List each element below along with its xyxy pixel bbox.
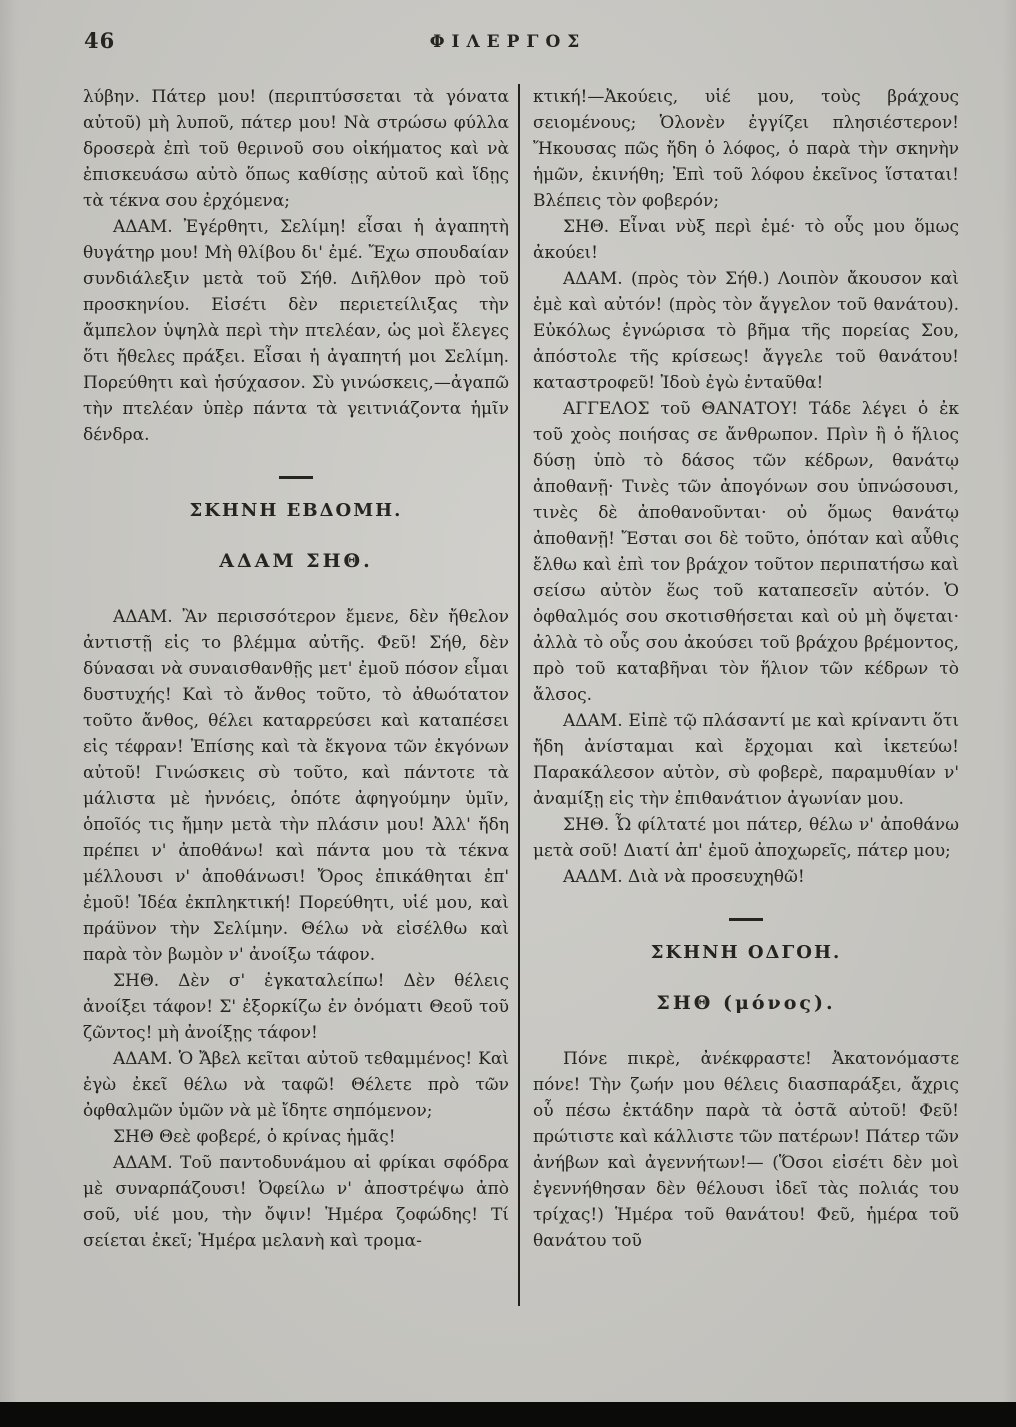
running-title: ΦΙΛΕΡΓΟΣ — [0, 32, 1016, 52]
column-divider-rule — [518, 84, 520, 1306]
text-paragraph: ΑΔΑΜ. Εἰπὲ τῷ πλάσαντί με καὶ κρίναντι ὅ… — [533, 708, 959, 812]
text-paragraph: ΑΓΓΕΛΟΣ τοῦ ΘΑΝΑΤΟΥ! Τάδε λέγει ὁ ἐκ τοῦ… — [533, 396, 959, 708]
left-column: λύβην. Πάτερ μου! (περιπτύσσεται τὰ γόνα… — [83, 84, 509, 1254]
text-paragraph: ΑΔΑΜ. Τοῦ παντοδυνάμου αἱ φρίκαι σφόδρα … — [83, 1150, 509, 1254]
text-paragraph: ΣΗΘ. Δὲν σ' ἐγκαταλείπω! Δὲν θέλεις ἀνοί… — [83, 968, 509, 1046]
cast-heading: ΑΔΑΜ ΣΗΘ. — [83, 548, 509, 574]
text-paragraph: ΑΑΔΜ. Διὰ νὰ προσευχηθῶ! — [533, 864, 959, 890]
section-divider — [83, 464, 509, 474]
text-paragraph: ΑΔΑΜ. Ἐγέρθητι, Σελίμη! εἶσαι ἡ ἀγαπητὴ … — [83, 214, 509, 448]
cast-heading: ΣΗΘ (μόνος). — [533, 990, 959, 1016]
text-paragraph: Πόνε πικρὲ, ἀνέκφραστε! Ἀκατονόμαστε πόν… — [533, 1046, 959, 1254]
right-column: κτική!—Ἀκούεις, υἱέ μου, τοὺς βράχους σε… — [533, 84, 959, 1254]
section-divider-bar — [729, 918, 763, 921]
scanned-book-page: 46 ΦΙΛΕΡΓΟΣ λύβην. Πάτερ μου! (περιπτύσσ… — [0, 0, 1016, 1427]
section-divider — [533, 906, 959, 916]
text-paragraph: ΣΗΘ Θεὲ φοβερέ, ὁ κρίνας ἡμᾶς! — [83, 1124, 509, 1150]
text-paragraph: ΑΔΑΜ. (πρὸς τὸν Σήθ.) Λοιπὸν ἄκουσον καὶ… — [533, 266, 959, 396]
text-paragraph: κτική!—Ἀκούεις, υἱέ μου, τοὺς βράχους σε… — [533, 84, 959, 214]
text-paragraph: ΣΗΘ. Ὦ φίλτατέ μοι πάτερ, θέλω ν' ἀποθάν… — [533, 812, 959, 864]
scene-heading: ΣΚΗΝΗ ΕΒΔΟΜΗ. — [83, 498, 509, 524]
text-paragraph: λύβην. Πάτερ μου! (περιπτύσσεται τὰ γόνα… — [83, 84, 509, 214]
scene-heading: ΣΚΗΝΗ ΟΔΓΟΗ. — [533, 940, 959, 966]
section-divider-bar — [279, 476, 313, 479]
text-paragraph: ΣΗΘ. Εἶναι νὺξ περὶ ἐμέ· τὸ οὖς μου ὅμως… — [533, 214, 959, 266]
text-paragraph: ΑΔΑΜ. Ἂν περισσότερον ἔμενε, δὲν ἤθελον … — [83, 604, 509, 968]
text-paragraph: ΑΔΑΜ. Ὁ Ἄβελ κεῖται αὐτοῦ τεθαμμένος! Κα… — [83, 1046, 509, 1124]
scan-edge-bar — [0, 1402, 1016, 1427]
